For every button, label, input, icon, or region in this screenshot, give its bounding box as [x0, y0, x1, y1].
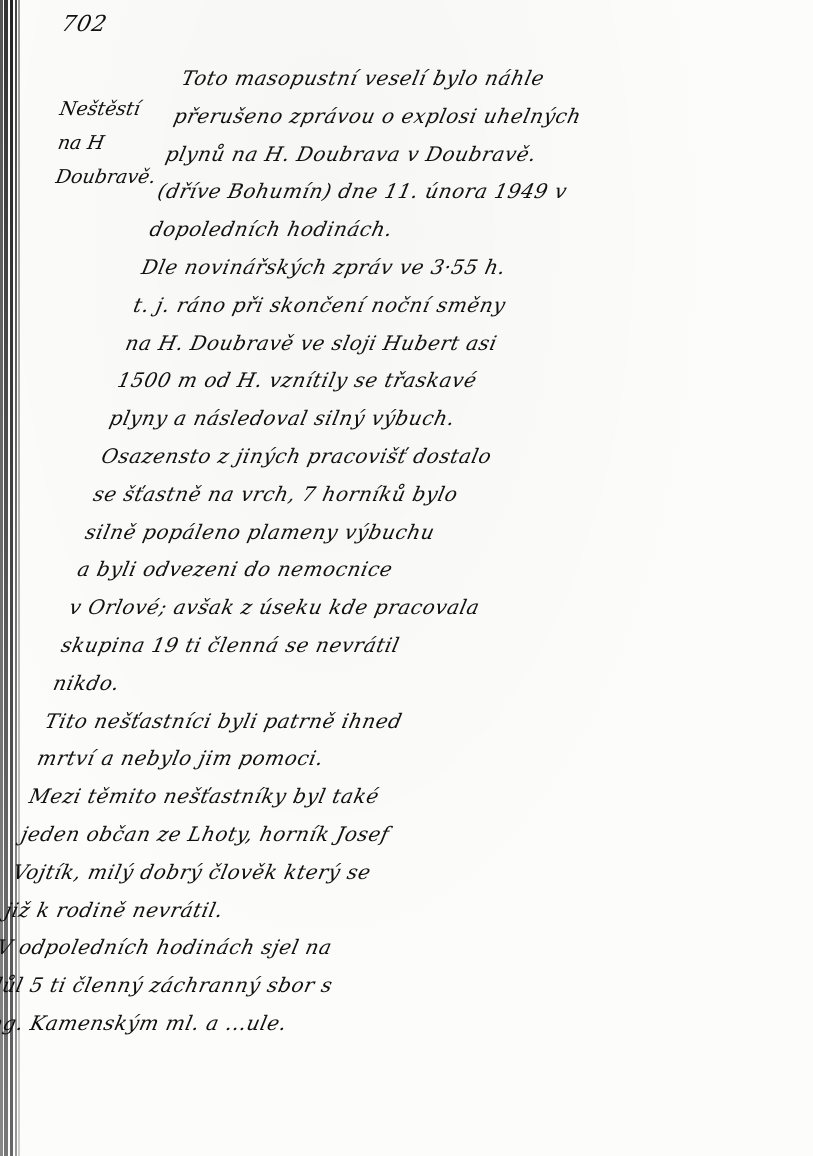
text-line: V odpoledních hodinách sjel na: [0, 929, 601, 967]
text-line: důl 5 ti členný záchranný sbor s: [0, 967, 593, 1005]
text-line: Toto masopustní veselí bylo náhle: [178, 60, 786, 98]
text-line: Vojtík, milý dobrý člověk který se: [9, 854, 617, 892]
text-line: se šťastně na vrch, 7 horníků bylo: [90, 476, 698, 514]
document-page: 702 Neštěstí na H Doubravě. Toto masopus…: [0, 0, 813, 1156]
text-line: mrtví a nebylo jim pomoci.: [33, 740, 641, 778]
text-line: přerušeno zprávou o explosi uhelných: [170, 98, 778, 136]
text-line: jeden občan ze Lhoty, horník Josef: [17, 816, 625, 854]
text-line: skupina 19 ti členná se nevrátil: [57, 627, 665, 665]
text-line: (dříve Bohumín) dne 11. února 1949 v: [154, 173, 762, 211]
text-line: Ing. Kamenským ml. a ...ule.: [0, 1005, 585, 1043]
text-line: t. j. ráno při skončení noční směny: [130, 287, 738, 325]
text-line: 1500 m od H. vznítily se třaskavé: [114, 362, 722, 400]
text-line: Dle novinářských zpráv ve 3·55 h.: [138, 249, 746, 287]
text-line: a byli odvezeni do nemocnice: [74, 551, 682, 589]
handwritten-body-text: Toto masopustní veselí bylo náhle přeruš…: [0, 60, 786, 1043]
text-line: Tito nešťastníci byli patrně ihned: [41, 703, 649, 741]
text-line: na H. Doubravě ve sloji Hubert asi: [122, 325, 730, 363]
text-line: dopoledních hodinách.: [146, 211, 754, 249]
text-line: nikdo.: [49, 665, 657, 703]
text-line: plyny a následoval silný výbuch.: [106, 400, 714, 438]
text-line: silně popáleno plameny výbuchu: [82, 514, 690, 552]
text-line: již k rodině nevrátil.: [1, 892, 609, 930]
text-line: Osazensto z jiných pracovišť dostalo: [98, 438, 706, 476]
text-line: Mezi těmito nešťastníky byl také: [25, 778, 633, 816]
text-line: plynů na H. Doubrava v Doubravě.: [162, 136, 770, 174]
text-line: v Orlové; avšak z úseku kde pracovala: [65, 589, 673, 627]
page-number: 702: [59, 12, 109, 37]
